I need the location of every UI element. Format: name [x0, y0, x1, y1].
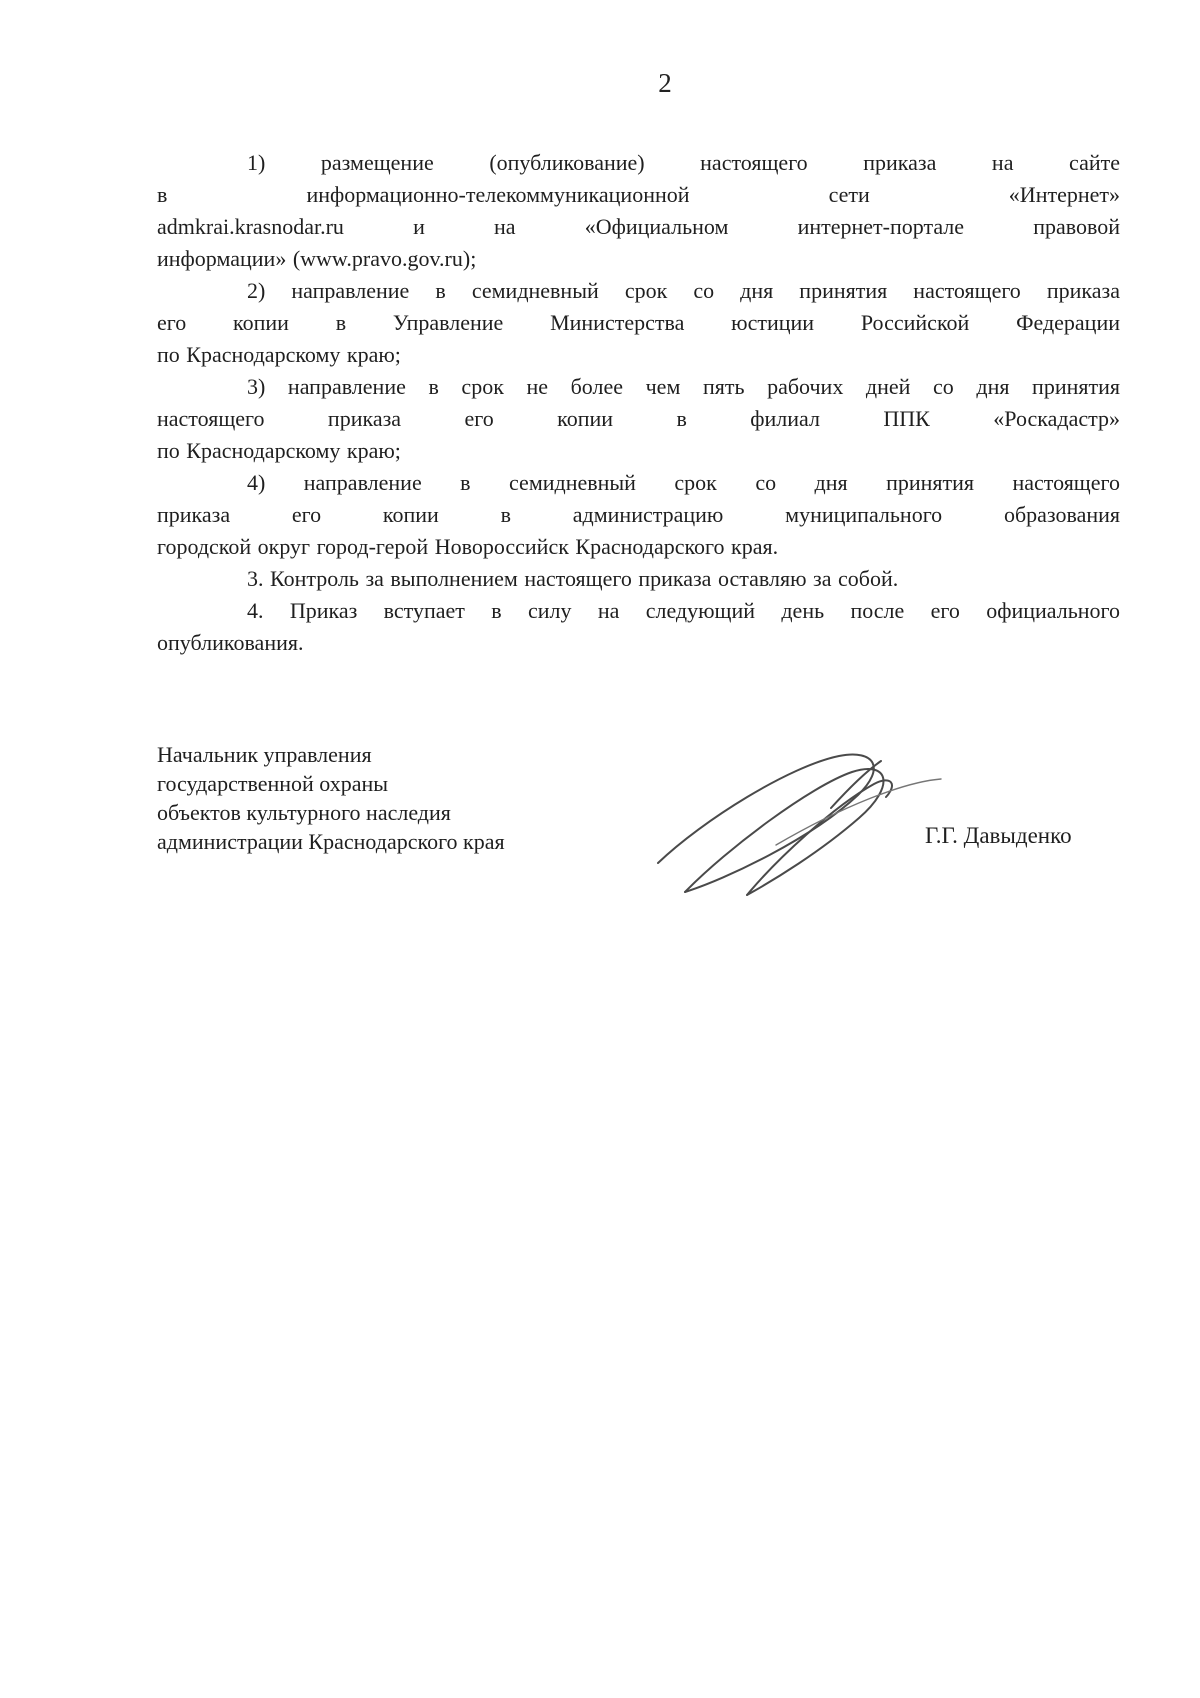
body-line: настоящего приказа его копии в филиал ПП…: [157, 403, 1120, 435]
signer-title-line: Начальник управления: [157, 740, 505, 769]
signer-title-line: администрации Краснодарского края: [157, 827, 505, 856]
page-number: 2: [600, 66, 730, 100]
signer-title-line: государственной охраны: [157, 769, 505, 798]
body-line: 2) направление в семидневный срок со дня…: [157, 275, 1120, 307]
body-line: приказа его копии в администрацию муници…: [157, 499, 1120, 531]
body-line: информации» (www.pravo.gov.ru);: [157, 243, 1120, 275]
body-line: 4) направление в семидневный срок со дня…: [157, 467, 1120, 499]
body-line: по Краснодарскому краю;: [157, 339, 1120, 371]
body-line: его копии в Управление Министерства юсти…: [157, 307, 1120, 339]
signer-title-line: объектов культурного наследия: [157, 798, 505, 827]
body-line: 3. Контроль за выполнением настоящего пр…: [157, 563, 1120, 595]
body-line: по Краснодарскому краю;: [157, 435, 1120, 467]
body-line: admkrai.krasnodar.ru и на «Официальном и…: [157, 211, 1120, 243]
body-line: городской округ город-герой Новороссийск…: [157, 531, 1120, 563]
body-text: 1) размещение (опубликование) настоящего…: [157, 147, 1120, 659]
body-line: 1) размещение (опубликование) настоящего…: [157, 147, 1120, 179]
signer-title: Начальник управлениягосударственной охра…: [157, 740, 505, 856]
handwritten-signature-icon: [648, 746, 948, 906]
signer-name: Г.Г. Давыденко: [925, 821, 1072, 851]
body-line: 3) направление в срок не более чем пять …: [157, 371, 1120, 403]
body-line: 4. Приказ вступает в силу на следующий д…: [157, 595, 1120, 627]
body-line: опубликования.: [157, 627, 1120, 659]
body-line: в информационно-телекоммуникационной сет…: [157, 179, 1120, 211]
document-page: 2 1) размещение (опубликование) настояще…: [0, 0, 1200, 1698]
